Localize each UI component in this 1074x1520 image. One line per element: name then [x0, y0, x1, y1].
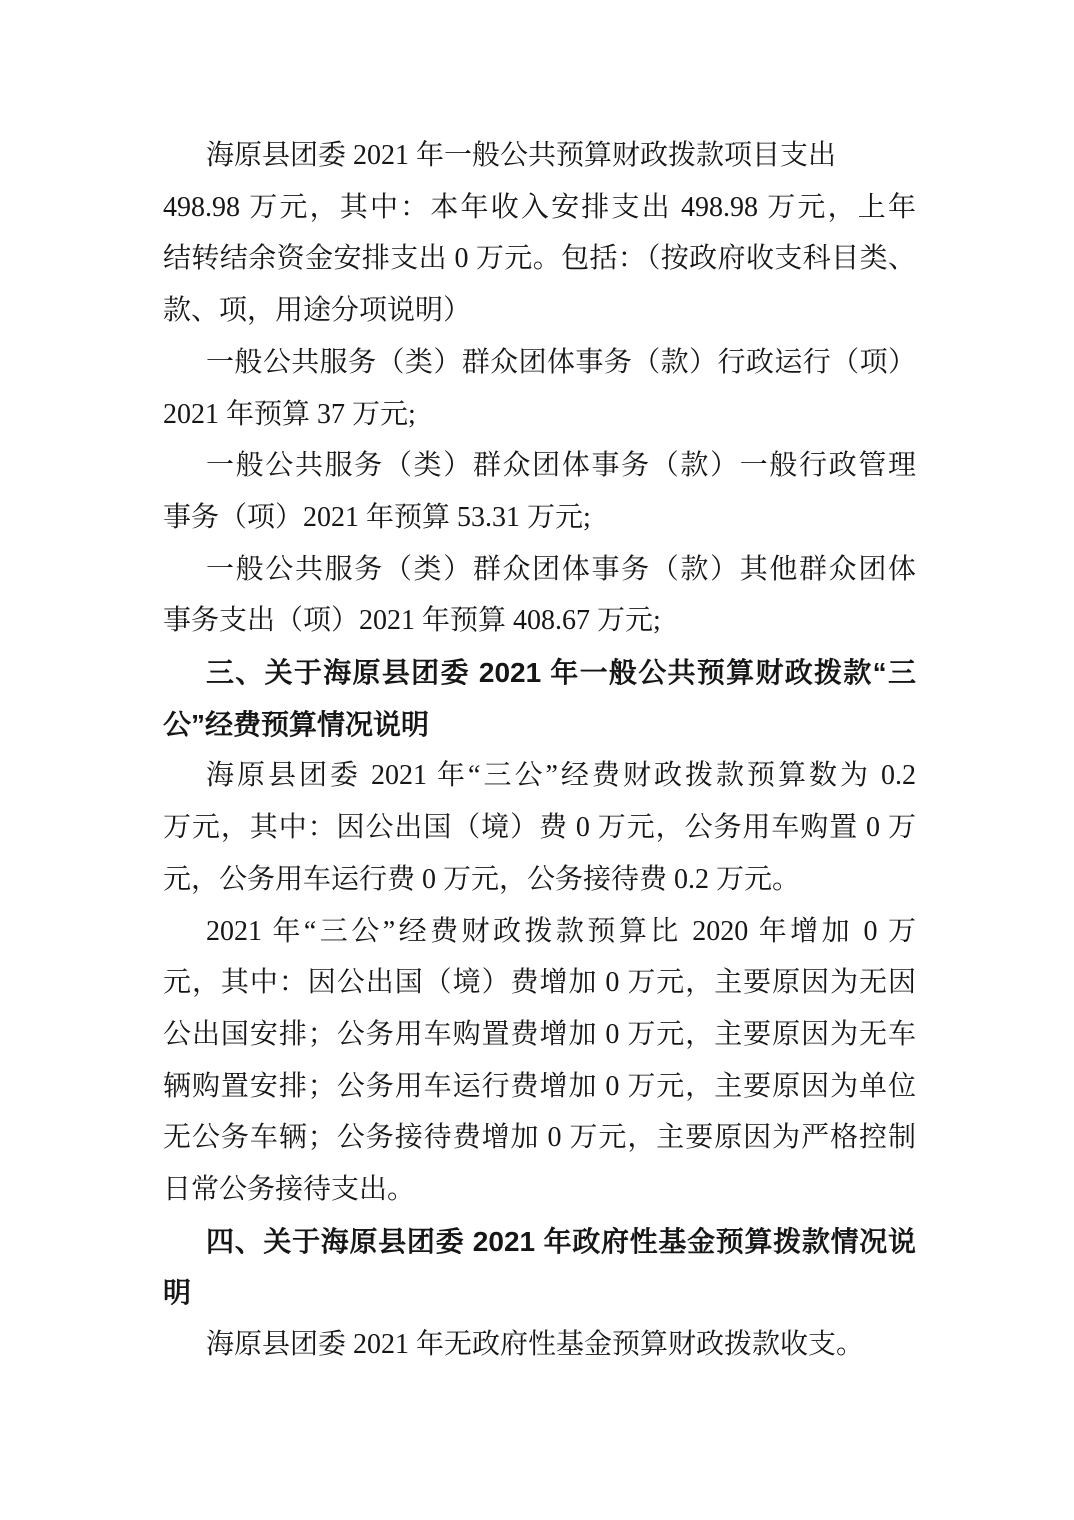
document-page: 海原县团委 2021 年一般公共预算财政拨款项目支出498.98 万元，其中：本… [0, 0, 1074, 1520]
text-line: 海原县团委 2021 年“三公”经费财政拨款预算数为 0.2 [163, 750, 916, 802]
text-line: 公出国安排；公务用车购置费增加 0 万元，主要原因为无车 [163, 1009, 916, 1061]
text-line: 事务支出（项）2021 年预算 408.67 万元; [163, 595, 916, 647]
text-line: 元，公务用车运行费 0 万元，公务接待费 0.2 万元。 [163, 854, 916, 906]
text-line: 日常公务接待支出。 [163, 1164, 916, 1216]
text-line: 事务（项）2021 年预算 53.31 万元; [163, 492, 916, 544]
heading-line: 四、关于海原县团委 2021 年政府性基金预算拨款情况说 [163, 1216, 916, 1268]
text-line: 海原县团委 2021 年无政府性基金预算财政拨款收支。 [163, 1319, 916, 1371]
text-line: 无公务车辆；公务接待费增加 0 万元，主要原因为严格控制 [163, 1112, 916, 1164]
text-line: 结转结余资金安排支出 0 万元。包括：（按政府收支科目类、 [163, 233, 916, 285]
heading-line: 公”经费预算情况说明 [163, 699, 916, 751]
heading-line: 三、关于海原县团委 2021 年一般公共预算财政拨款“三 [163, 647, 916, 699]
text-line: 2021 年预算 37 万元; [163, 389, 916, 441]
text-line: 海原县团委 2021 年一般公共预算财政拨款项目支出 [163, 130, 916, 182]
text-line: 一般公共服务（类）群众团体事务（款）其他群众团体 [163, 544, 916, 596]
heading-line: 明 [163, 1267, 916, 1319]
text-line: 辆购置安排；公务用车运行费增加 0 万元，主要原因为单位 [163, 1061, 916, 1113]
text-line: 款、项，用途分项说明） [163, 285, 916, 337]
document-body: 海原县团委 2021 年一般公共预算财政拨款项目支出498.98 万元，其中：本… [163, 130, 916, 1371]
text-line: 一般公共服务（类）群众团体事务（款）行政运行（项） [163, 337, 916, 389]
text-line: 2021 年“三公”经费财政拨款预算比 2020 年增加 0 万 [163, 906, 916, 958]
text-line: 元，其中：因公出国（境）费增加 0 万元，主要原因为无因 [163, 957, 916, 1009]
text-line: 498.98 万元，其中：本年收入安排支出 498.98 万元，上年 [163, 182, 916, 234]
text-line: 万元，其中：因公出国（境）费 0 万元，公务用车购置 0 万 [163, 802, 916, 854]
text-line: 一般公共服务（类）群众团体事务（款）一般行政管理 [163, 440, 916, 492]
